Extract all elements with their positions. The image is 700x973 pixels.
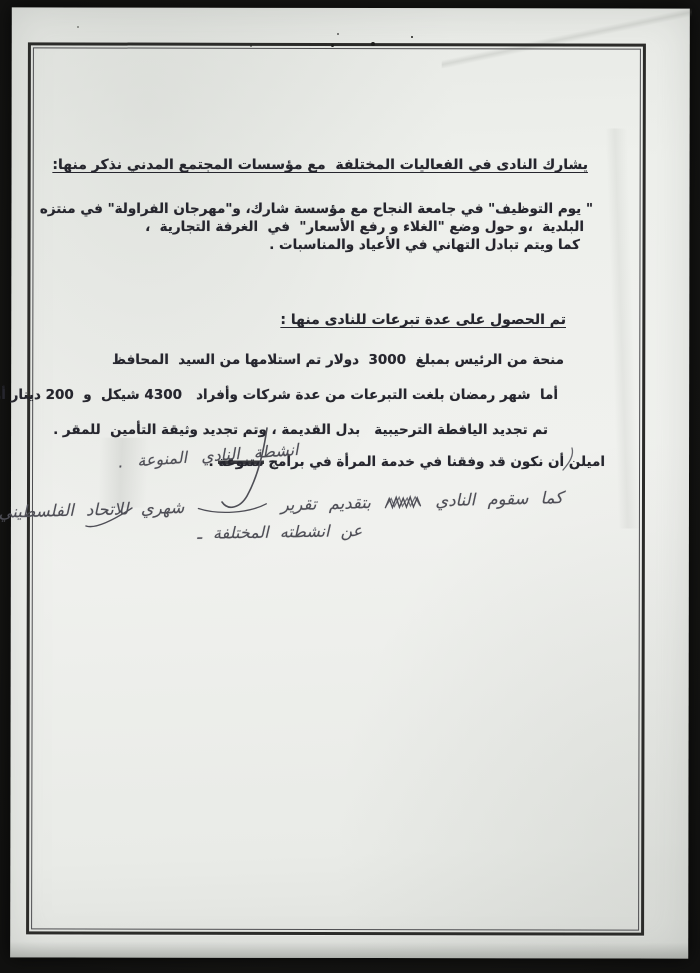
ink-scribble xyxy=(383,493,423,512)
scanned-document-page: { "palette": { "background": "#161614", … xyxy=(0,0,700,973)
handwritten-text: كما سقوم النادي xyxy=(435,488,563,510)
ink-speck xyxy=(250,45,252,47)
closing-text: اميلن أن نكون قد وفقنا في خدمة المرأة في… xyxy=(264,454,605,470)
donation-line-grant: منحة من الرئيس بمبلغ 3000 دولار تم استلا… xyxy=(112,352,564,368)
handwritten-text: بتقديم تقرير xyxy=(281,493,372,514)
ink-speck xyxy=(331,44,334,47)
ink-speck xyxy=(371,42,375,46)
paper-edge-shadow xyxy=(10,941,688,958)
ink-speck xyxy=(77,26,79,28)
heading-donations: تم الحصول على عدة تبرعات للنادى منها : xyxy=(280,312,566,328)
paragraph-activities-line-3: كما ويتم تبادل التهاني في الأعياد والمنا… xyxy=(269,237,580,253)
heading-activities: يشارك النادى في الفعاليات المختلفة مع مؤ… xyxy=(52,157,588,173)
paragraph-activities-line-2: البلدية ،و حول وضع "الغلاء و رفع الأسعار… xyxy=(145,219,584,235)
handwritten-note-line-2: عن انشطته المختلفة ـ xyxy=(197,521,362,543)
paragraph-activities-line-1: " يوم التوظيف" في جامعة النجاح مع مؤسسة … xyxy=(40,201,593,217)
donation-line-ramadan: أما شهر رمضان بلغت التبرعات من عدة شركات… xyxy=(0,387,558,403)
pen-stroke-swoosh xyxy=(197,499,269,515)
ink-speck xyxy=(411,36,413,38)
ink-speck xyxy=(337,33,339,35)
donation-line-banner-insurance: تم تجديد اليافطة الترحيبية بدل القديمة ،… xyxy=(53,422,548,438)
